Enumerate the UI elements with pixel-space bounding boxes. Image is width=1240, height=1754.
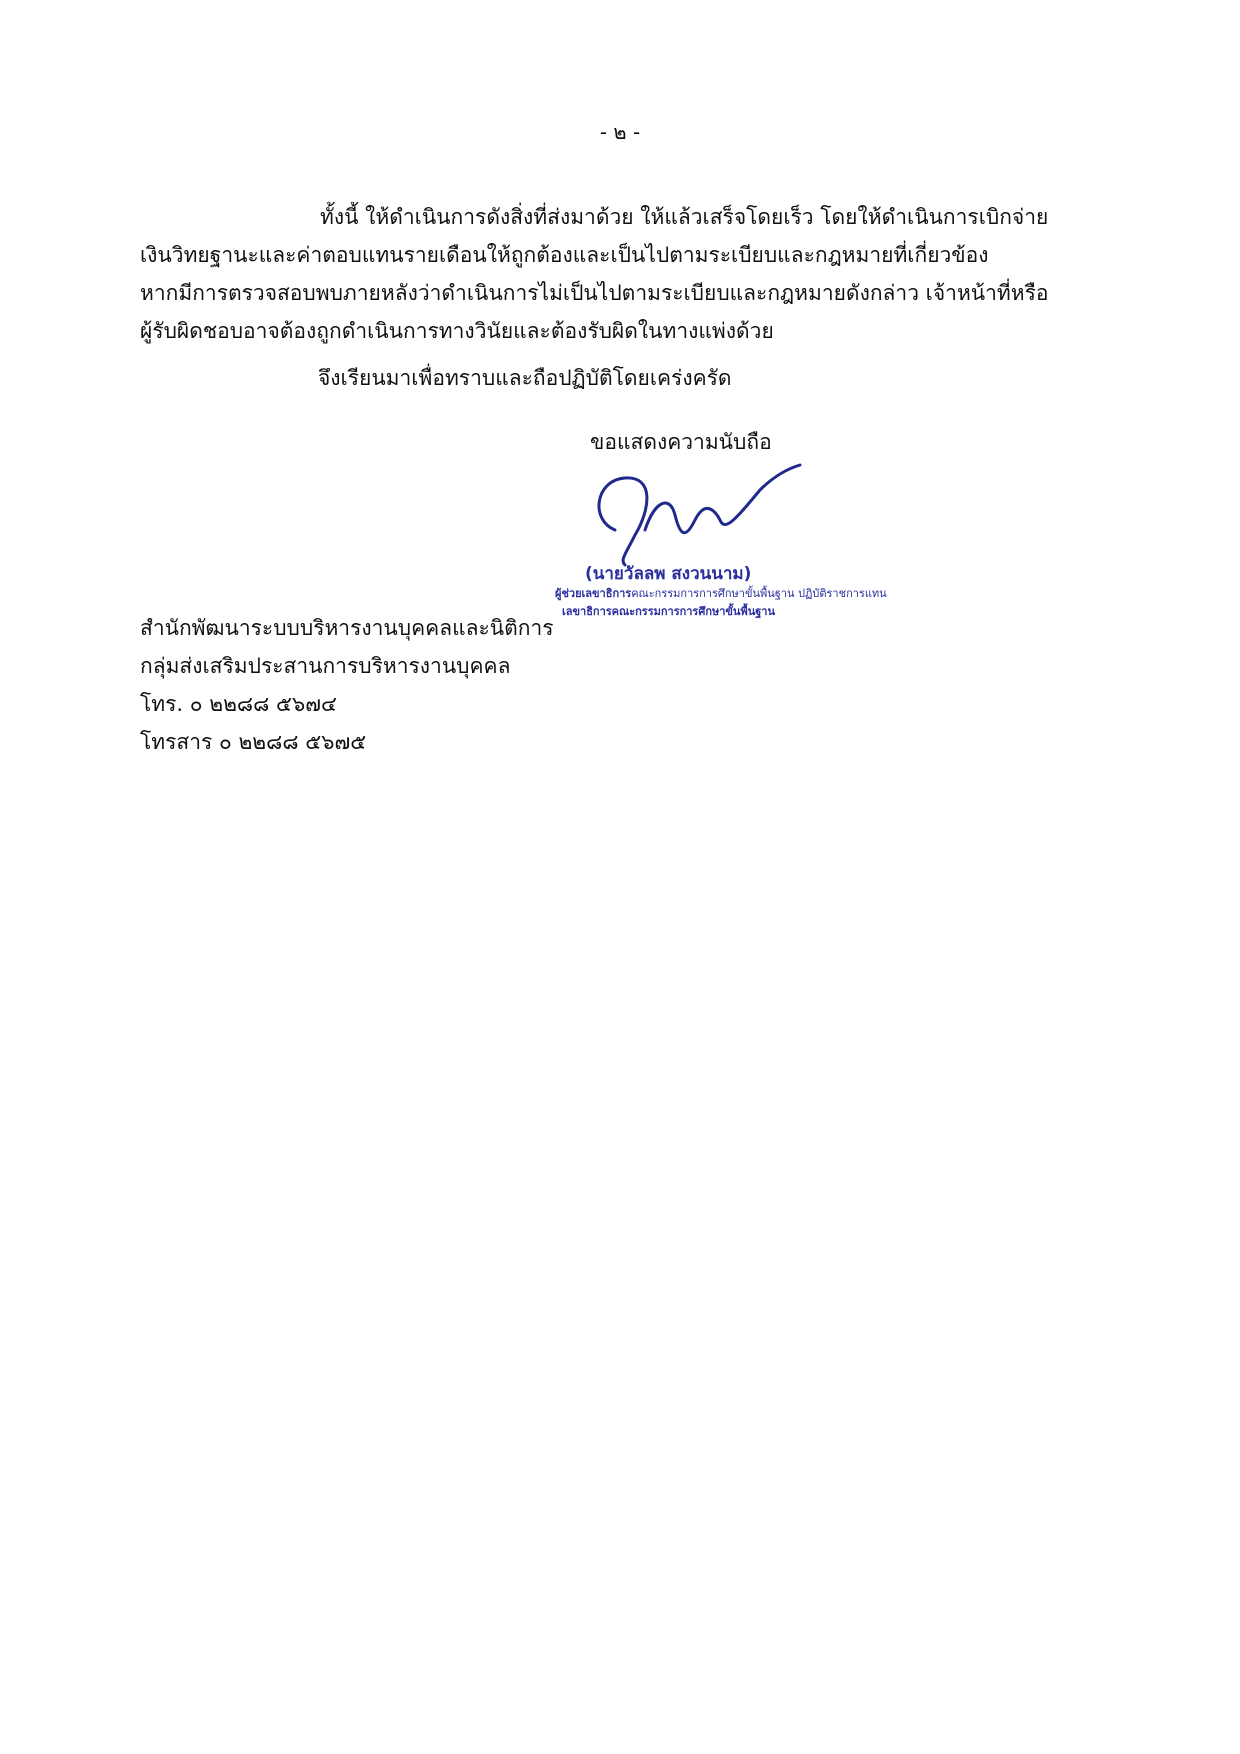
page-number: - ๒ - (0, 116, 1240, 148)
paragraph-line: หากมีการตรวจสอบพบภายหลังว่าดำเนินการไม่เ… (140, 274, 1120, 312)
signer-position-line-1: ผู้ช่วยเลขาธิการคณะกรรมการการศึกษาขั้นพื… (555, 584, 887, 602)
body-paragraph-2: จึงเรียนมาเพื่อทราบและถือปฏิบัติโดยเคร่ง… (318, 362, 732, 395)
closing-salutation: ขอแสดงความนับถือ (590, 426, 772, 459)
footer-phone: โทร. ๐ ๒๒๘๘ ๕๖๗๔ (140, 688, 337, 721)
footer-fax: โทรสาร ๐ ๒๒๘๘ ๕๖๗๕ (140, 726, 366, 759)
body-paragraph-1: ทั้งนี้ ให้ดำเนินการดังสิ่งที่ส่งมาด้วย … (140, 198, 1120, 350)
signer-position-title: ผู้ช่วยเลขาธิการ (555, 587, 631, 600)
handwritten-signature-icon (585, 460, 805, 570)
signer-position-line-2: เลขาธิการคณะกรรมการการศึกษาขั้นพื้นฐาน (562, 602, 775, 620)
paragraph-line: เงินวิทยฐานะและค่าตอบแทนรายเดือนให้ถูกต้… (140, 236, 1120, 274)
footer-group: กลุ่มส่งเสริมประสานการบริหารงานบุคคล (140, 650, 510, 683)
paragraph-line: ทั้งนี้ ให้ดำเนินการดังสิ่งที่ส่งมาด้วย … (140, 198, 1120, 236)
paragraph-line: ผู้รับผิดชอบอาจต้องถูกดำเนินการทางวินัยแ… (140, 312, 1120, 350)
signer-position-detail: คณะกรรมการการศึกษาขั้นพื้นฐาน ปฏิบัติราช… (631, 587, 886, 600)
signer-name: (นายวัลลพ สงวนนาม) (585, 560, 751, 587)
footer-office: สำนักพัฒนาระบบบริหารงานบุคคลและนิติการ (140, 612, 554, 645)
